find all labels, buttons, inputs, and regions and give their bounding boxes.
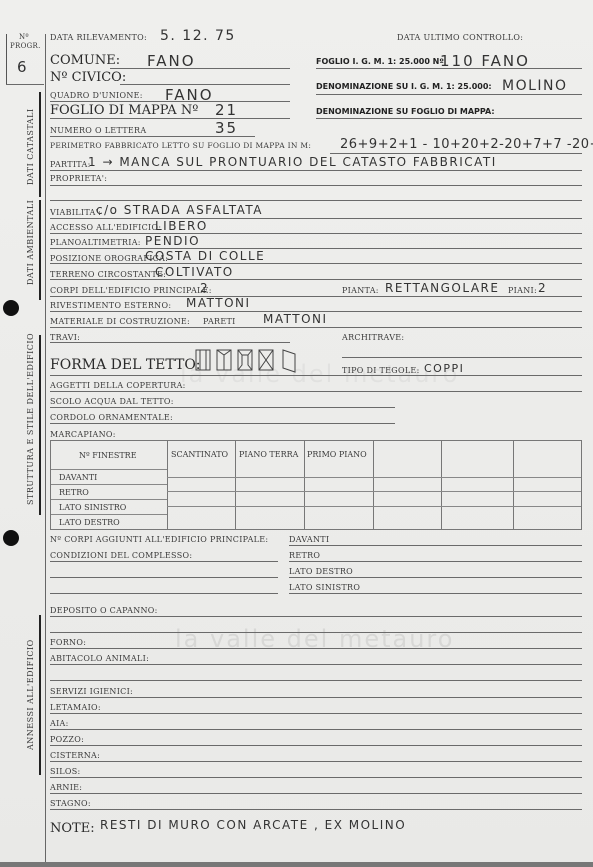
cordolo-line <box>50 423 395 424</box>
condizioni-line-1 <box>50 561 278 562</box>
aggetti-label: AGGETTI DELLA COPERTURA: <box>50 381 186 390</box>
condizioni-label: CONDIZIONI DEL COMPLESSO: <box>50 551 192 560</box>
terreno-value[interactable]: COLTIVATO <box>155 265 234 279</box>
scolo-label: SCOLO ACQUA DAL TETTO: <box>50 397 174 406</box>
pareti-label: PARETI <box>203 317 236 326</box>
materiale-label: MATERIALE DI COSTRUZIONE: <box>50 317 190 326</box>
page-bottom-edge <box>0 862 593 867</box>
silos-label: SILOS: <box>50 767 81 776</box>
table-row-label: RETRO <box>59 488 89 497</box>
denom-igm-line <box>316 94 582 95</box>
partita-value[interactable]: 1 → MANCA SUL PRONTUARIO DEL CATASTO FAB… <box>88 155 497 169</box>
viabilita-value[interactable]: c/o STRADA ASFALTATA <box>96 203 263 217</box>
foglio-line <box>50 118 290 119</box>
corpi-value[interactable]: 2 <box>200 281 209 295</box>
prog-value: 6 <box>17 58 29 76</box>
side-label-dati-catastali: DATI CATASTALI <box>26 108 35 185</box>
civico-label: Nº CIVICO: <box>50 70 126 85</box>
data-rilevamento-value[interactable]: 5. 12. 75 <box>160 28 236 44</box>
side-label-struttura: STRUTTURA E STILE DELL'EDIFICIO <box>26 333 35 505</box>
servizi-line <box>50 697 582 698</box>
arnie-line <box>50 793 582 794</box>
cisterna-label: CISTERNA: <box>50 751 100 760</box>
cordolo-label: CORDOLO ORNAMENTALE: <box>50 413 173 422</box>
rivestimento-label: RIVESTIMENTO ESTERNO: <box>50 301 171 310</box>
foglio-value[interactable]: 21 <box>215 101 238 119</box>
side-label-annessi: ANNESSI ALL'EDIFICIO <box>26 639 35 750</box>
section-bar-catastali <box>39 92 41 197</box>
corpi-aggiunti-retro: RETRO <box>289 551 320 560</box>
letamaio-line <box>50 713 582 714</box>
table-header: Nº FINESTRE <box>79 451 137 460</box>
pozzo-line <box>50 745 582 746</box>
abitacolo-line-1 <box>50 664 582 665</box>
forma-tetto-line <box>50 375 582 376</box>
pozzo-label: POZZO: <box>50 735 84 744</box>
perimetro-line <box>330 153 582 154</box>
igm-line <box>316 68 582 69</box>
partita-line <box>50 170 582 171</box>
viabilita-label: VIABILITA': <box>50 208 101 217</box>
forno-label: FORNO: <box>50 638 86 647</box>
proprieta-label: PROPRIETA': <box>50 174 107 183</box>
note-value[interactable]: RESTI DI MURO CON ARCATE , EX MOLINO <box>100 818 406 832</box>
planoaltimetria-line <box>50 248 582 249</box>
abitacolo-line-2 <box>50 680 582 681</box>
corpi-aggiunti-lato-destro: LATO DESTRO <box>289 567 353 576</box>
aia-line <box>50 729 582 730</box>
table-row-label: LATO SINISTRO <box>59 503 126 512</box>
numero-label: NUMERO o LETTERA <box>50 126 146 135</box>
side-label-dati-ambientali: DATI AMBIENTALI <box>26 200 35 285</box>
table-header: SCANTINATO <box>171 450 228 459</box>
denom-igm-label: DENOMINAZIONE SU I. G. M. 1: 25.000: <box>316 82 492 91</box>
data-rilevamento-label: DATA RILEVAMENTO: <box>50 33 147 42</box>
igm-label: FOGLIO I. G. M. 1: 25.000 Nº <box>316 57 444 66</box>
architrave-label: ARCHITRAVE: <box>342 333 404 342</box>
marcapiano-label: MARCAPIANO: <box>50 430 116 439</box>
condizioni-line-2 <box>50 577 278 578</box>
travi-line <box>50 342 290 343</box>
form-left-border <box>45 34 46 867</box>
corpi-aggiunti-label: Nº CORPI AGGIUNTI ALL'EDIFICIO PRINCIPAL… <box>50 535 268 544</box>
planoaltimetria-label: PLANOALTIMETRIA: <box>50 238 141 247</box>
finestre-table: Nº FINESTRE SCANTINATO PIANO TERRA PRIMO… <box>50 440 582 530</box>
partita-label: PARTITA: <box>50 160 91 169</box>
arnie-label: ARNIE: <box>50 783 82 792</box>
pareti-value[interactable]: MATTONI <box>263 312 328 326</box>
prog-box-left-border <box>6 34 7 84</box>
corpi-label: CORPI DELL'EDIFICIO PRINCIPALE: <box>50 286 212 295</box>
denom-foglio-line <box>316 118 582 119</box>
stagno-line <box>50 809 582 810</box>
proprieta-line-1 <box>50 185 582 186</box>
prog-label: Nº PROGR. <box>10 33 38 51</box>
servizi-label: SERVIZI IGIENICI: <box>50 687 133 696</box>
civico-line <box>120 84 290 85</box>
abitacolo-label: ABITACOLO ANIMALI: <box>50 654 149 663</box>
note-label: NOTE: <box>50 821 95 836</box>
numero-line <box>50 136 255 137</box>
piani-label: PIANI: <box>508 286 537 295</box>
deposito-label: DEPOSITO o CAPANNO: <box>50 606 158 615</box>
table-header: PRIMO PIANO <box>307 450 367 459</box>
letamaio-label: LETAMAIO: <box>50 703 101 712</box>
architrave-line <box>342 357 582 358</box>
posizione-value[interactable]: COSTA DI COLLE <box>145 249 265 263</box>
prog-box-bottom <box>6 84 44 85</box>
posizione-line <box>50 263 582 264</box>
roof-shape-icons[interactable] <box>195 348 305 374</box>
terreno-line <box>50 279 582 280</box>
silos-line <box>50 777 582 778</box>
denom-igm-value[interactable]: MOLINO <box>502 78 568 94</box>
corpi-aggiunti-davanti: DAVANTI <box>289 535 329 544</box>
quadro-label: QUADRO D'UNIONE: <box>50 91 143 100</box>
deposito-line-1 <box>50 616 582 617</box>
section-bar-ambientali <box>39 200 41 300</box>
punch-hole <box>3 530 19 546</box>
accesso-label: ACCESSO ALL'EDIFICIO: <box>50 223 161 232</box>
comune-label: COMUNE: <box>50 53 120 68</box>
retro-line <box>289 561 582 562</box>
pianta-value[interactable]: RETTANGOLARE <box>385 281 499 295</box>
data-ultimo-controllo-label: DATA ULTIMO CONTROLLO: <box>397 33 523 42</box>
denom-foglio-label: DENOMINAZIONE SU FOGLIO DI MAPPA: <box>316 107 495 116</box>
travi-label: TRAVI: <box>50 333 80 342</box>
table-row-label: LATO DESTRO <box>59 518 120 527</box>
stagno-label: STAGNO: <box>50 799 91 808</box>
tipo-tegole-value[interactable]: COPPI <box>424 362 464 375</box>
cisterna-line <box>50 761 582 762</box>
perimetro-label: PERIMETRO FABBRICATO LETTO SU FOGLIO DI … <box>50 141 311 150</box>
scolo-line <box>50 407 395 408</box>
materiale-line <box>50 327 582 328</box>
section-bar-struttura <box>39 335 41 515</box>
punch-hole <box>3 300 19 316</box>
section-bar-annessi <box>39 615 41 775</box>
lato-destro-line <box>289 577 582 578</box>
condizioni-line-3 <box>50 593 278 594</box>
survey-form-page: la valle del metauro la valle del metaur… <box>0 0 593 867</box>
piani-value[interactable]: 2 <box>538 281 547 295</box>
quadro-line <box>50 101 290 102</box>
aia-label: AIA: <box>50 719 69 728</box>
aggetti-line <box>50 391 582 392</box>
forno-line <box>50 648 582 649</box>
numero-value[interactable]: 35 <box>215 119 238 137</box>
davanti-line <box>289 545 582 546</box>
viabilita-line <box>50 218 582 219</box>
pianta-label: PIANTA: <box>342 286 379 295</box>
proprieta-line-2 <box>50 200 582 201</box>
foglio-label: FOGLIO DI MAPPA Nº <box>50 103 198 118</box>
accesso-value[interactable]: LIBERO <box>155 219 208 233</box>
corpi-line <box>50 296 582 297</box>
corpi-aggiunti-lato-sinistro: LATO SINISTRO <box>289 583 360 592</box>
forma-tetto-label: FORMA DEL TETTO: <box>50 357 201 373</box>
terreno-label: TERRENO CIRCOSTANTE: <box>50 270 166 279</box>
perimetro-value[interactable]: 26+9+2+1 - 10+20+2-20+7+7 -20+6+2 <box>340 137 593 152</box>
planoaltimetria-value[interactable]: PENDIO <box>145 234 200 248</box>
deposito-line-2 <box>50 632 582 633</box>
tipo-tegole-label: TIPO DI TEGOLE: <box>342 366 420 375</box>
comune-line <box>110 68 290 69</box>
rivestimento-value[interactable]: MATTONI <box>186 296 251 310</box>
table-row-label: DAVANTI <box>59 473 97 482</box>
table-header: PIANO TERRA <box>239 450 298 459</box>
accesso-line <box>50 233 582 234</box>
lato-sinistro-line <box>289 593 582 594</box>
